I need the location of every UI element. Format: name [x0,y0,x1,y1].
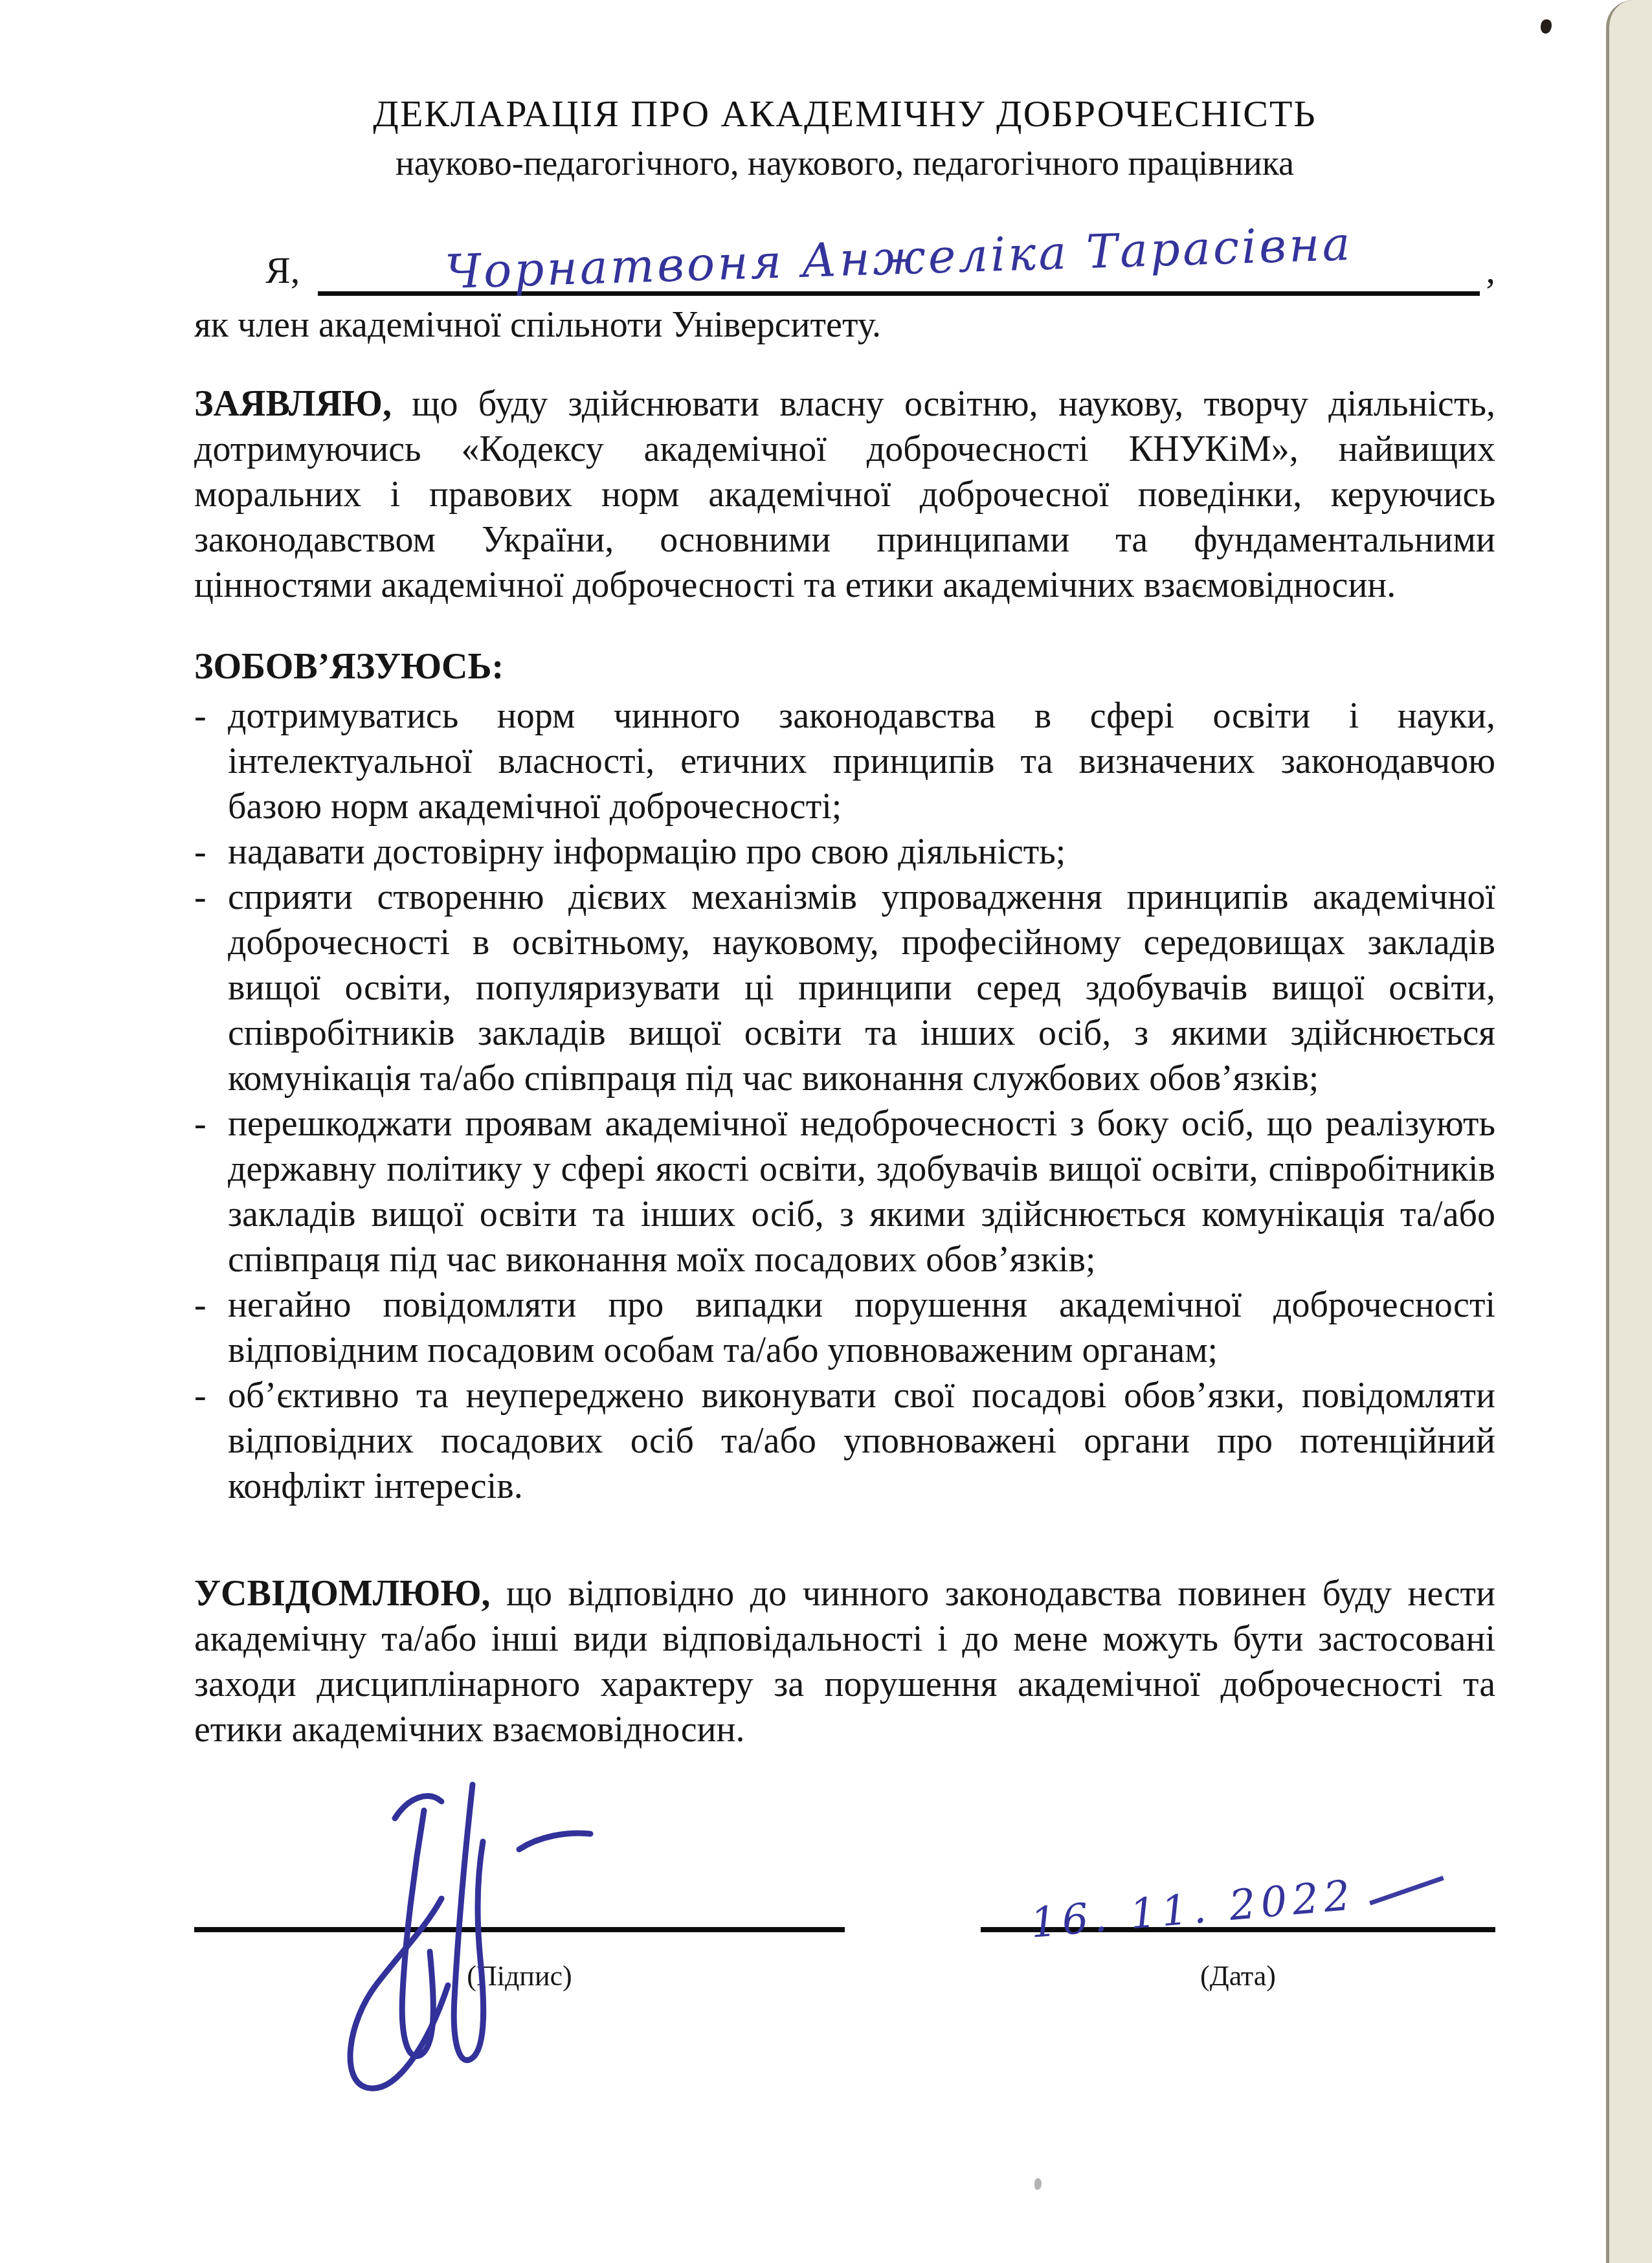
list-item: -негайно повідомляти про випадки порушен… [194,1282,1495,1373]
list-item: -перешкоджати проявам академічної недобр… [194,1101,1495,1282]
list-item-text: негайно повідомляти про випадки порушенн… [228,1285,1495,1370]
date-label: (Дата) [981,1959,1495,1992]
bullet-dash: - [194,875,228,920]
date-area: 16. 11. 2022 (Дата) [981,1882,1495,1992]
bullet-dash: - [194,693,228,739]
name-underline: Чорнатвоня Анжеліка Тарасівна [318,237,1479,296]
acknowledge-lead: УСВІДОМЛЮЮ, [194,1574,490,1614]
bullet-dash: - [194,829,228,875]
scanned-declaration-page: { "doc": { "title": "ДЕКЛАРАЦІЯ ПРО АКАД… [0,0,1652,2263]
date-flourish-stroke [1369,1876,1444,1906]
membership-line: як член академічної спільноти Університе… [194,302,1495,348]
signature-area: (Підпис) [194,1849,845,1992]
acknowledge-paragraph: УСВІДОМЛЮЮ, що відповідно до чинного зак… [194,1571,1495,1752]
list-item: -сприяти створенню дієвих механізмів упр… [194,875,1495,1101]
declaration-paragraph: ЗАЯВЛЯЮ, що буду здійснювати власну осві… [194,381,1495,608]
declare-lead: ЗАЯВЛЯЮ, [194,384,392,424]
handwritten-name: Чорнатвоня Анжеліка Тарасівна [444,216,1354,299]
list-item-text: об’єктивно та неупереджено виконувати св… [228,1376,1495,1506]
list-item-text: дотримуватись норм чинного законодавства… [228,696,1495,827]
document-subtitle: науково-педагогічного, наукового, педаго… [194,141,1495,185]
list-item-text: перешкоджати проявам академічної недобро… [228,1104,1495,1280]
signature-ink [278,1772,641,2095]
pronoun-label: Я, [265,249,300,296]
list-item: -об’єктивно та неупереджено виконувати с… [194,1373,1495,1509]
oblige-heading: ЗОБОВ’ЯЗУЮСЬ: [194,644,1495,689]
document-title: ДЕКЛАРАЦІЯ ПРО АКАДЕМІЧНУ ДОБРОЧЕСНІСТЬ [194,91,1495,137]
paper-speck [1034,2178,1042,2190]
bullet-dash: - [194,1373,228,1418]
signature-label: (Підпис) [194,1959,845,1992]
oblige-list: -дотримуватись норм чинного законодавств… [194,693,1495,1509]
handwritten-date: 16. 11. 2022 [979,1859,1496,1952]
signature-block: (Підпис) 16. 11. 2022 (Дата) [194,1849,1495,1992]
list-item: -надавати достовірну інформацію про свою… [194,829,1495,875]
bullet-dash: - [194,1282,228,1328]
document-body: ДЕКЛАРАЦІЯ ПРО АКАДЕМІЧНУ ДОБРОЧЕСНІСТЬ … [0,0,1652,1992]
name-fill-in-line: Я, Чорнатвоня Анжеліка Тарасівна , [265,237,1495,296]
signature-line [194,1849,845,1932]
trailing-comma: , [1486,249,1496,296]
list-item-text: надавати достовірну інформацію про свою … [228,832,1066,872]
list-item-text: сприяти створенню дієвих механізмів упро… [228,877,1495,1098]
list-item: -дотримуватись норм чинного законодавств… [194,693,1495,829]
bullet-dash: - [194,1101,228,1146]
handwritten-date-text: 16. 11. 2022 [1029,1871,1357,1948]
